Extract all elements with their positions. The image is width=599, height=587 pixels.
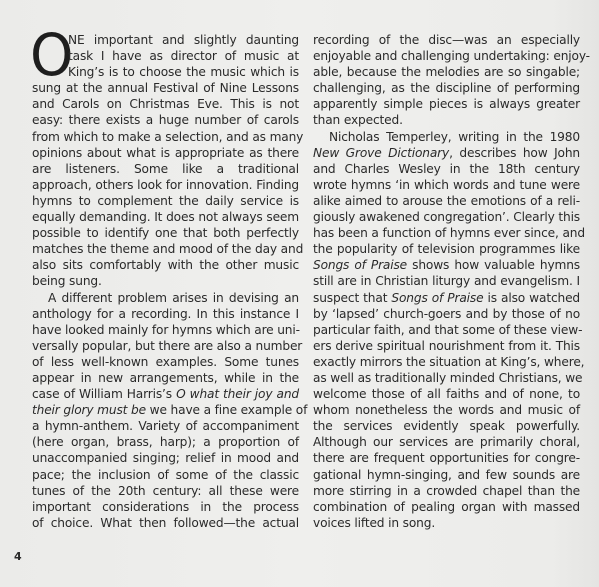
text-line: matches the theme and mood of the day an…	[32, 241, 299, 257]
text-line: welcome those of all faiths and of none,…	[313, 386, 580, 402]
hymn-title-italic: O what their joy and	[176, 387, 299, 401]
text-line: alike aimed to arouse the emotions of a …	[313, 193, 580, 209]
text-line: the popularity of television programmes …	[313, 241, 580, 257]
text-segment: is also watched	[483, 291, 580, 305]
text-line: Although our services are primarily chor…	[313, 434, 580, 450]
text-line: (here organ, brass, harp); a proportion …	[32, 434, 299, 450]
text-line: gational hymn-singing, and few sounds ar…	[313, 467, 580, 483]
text-segment: case of William Harris’s	[32, 387, 176, 401]
text-line: ers derive spiritual nourishment from it…	[313, 338, 580, 354]
text-segment: , describes how John	[449, 146, 580, 160]
text-line: voices lifted in song.	[313, 515, 580, 531]
text-line: exactly mirrors the situation at King’s,…	[313, 354, 580, 370]
text-line: unaccompanied singing; relief in mood an…	[32, 450, 299, 466]
text-line: pace; the inclusion of some of the class…	[32, 467, 299, 483]
text-line: versally popular, but there are also a n…	[32, 338, 299, 354]
text-line: apparently simple pieces is always great…	[313, 96, 580, 112]
text-line: whom nonetheless the words and music of	[313, 402, 580, 418]
text-line: as well as traditionally minded Christia…	[313, 370, 580, 386]
text-line: from which to make a selection, and as m…	[32, 129, 299, 145]
text-segment: suspect that	[313, 291, 391, 305]
text-line: and Carols on Christmas Eve. This is not	[32, 96, 299, 112]
text-line: Songs of Praise shows how valuable hymns	[313, 257, 580, 273]
text-segment: we have a fine example of	[146, 403, 307, 417]
page-number: 4	[14, 550, 22, 563]
text-line: recording of the disc—was an especially	[313, 32, 580, 48]
text-line: King’s is to choose the music which is	[32, 64, 299, 80]
text-line: important considerations in the process	[32, 499, 299, 515]
text-line: also sits comfortably with the other mus…	[32, 257, 299, 273]
text-line: are listeners. Some like a traditional	[32, 161, 299, 177]
text-line: approach, others look for innovation. Fi…	[32, 177, 299, 193]
text-line: hymns to complement the daily service is	[32, 193, 299, 209]
text-line: combination of pealing organ with massed	[313, 499, 580, 515]
text-line: the services evidently speak powerfully.	[313, 418, 580, 434]
text-line: have looked mainly for hymns which are u…	[32, 322, 299, 338]
text-line: NE important and slightly daunting	[32, 32, 299, 48]
text-line: particular faith, and that some of these…	[313, 322, 580, 338]
text-line: their glory must be we have a fine examp…	[32, 402, 299, 418]
programme-title-italic: Songs of Praise	[391, 291, 483, 305]
text-line: there are frequent opportunities for con…	[313, 450, 580, 466]
text-line: still are in Christian liturgy and evang…	[313, 273, 580, 289]
text-line: has been a function of hymns ever since,…	[313, 225, 580, 241]
text-line: anthology for a recording. In this insta…	[32, 306, 299, 322]
text-line: opinions about what is appropriate as th…	[32, 145, 299, 161]
text-line: suspect that Songs of Praise is also wat…	[313, 290, 580, 306]
text-line: sung at the annual Festival of Nine Less…	[32, 80, 299, 96]
paragraph-start-line: A different problem arises in devising a…	[32, 290, 299, 306]
text-segment: shows how valuable hymns	[407, 258, 580, 272]
text-line: of choice. What then followed—the actual	[32, 515, 299, 531]
text-line: able, because the melodies are so singab…	[313, 64, 580, 80]
publication-title-italic: New Grove Dictionary	[313, 146, 449, 160]
text-line: of less well-known examples. Some tunes	[32, 354, 299, 370]
text-line: task I have as director of music at	[32, 48, 299, 64]
text-line: more stirring in a crowded chapel than t…	[313, 483, 580, 499]
text-line: challenging, as the discipline of perfor…	[313, 80, 580, 96]
left-column: NE important and slightly daunting task …	[32, 32, 299, 531]
text-line: than expected.	[313, 112, 580, 128]
booklet-page: O NE important and slightly daunting tas…	[0, 0, 599, 587]
text-line: New Grove Dictionary, describes how John	[313, 145, 580, 161]
text-line: giously awakened congregation’. Clearly …	[313, 209, 580, 225]
programme-title-italic: Songs of Praise	[313, 258, 407, 272]
text-line: a hymn-anthem. Variety of accompaniment	[32, 418, 299, 434]
text-line: case of William Harris’s O what their jo…	[32, 386, 299, 402]
text-line: enjoyable and challenging undertaking: e…	[313, 48, 580, 64]
text-line: tunes of the 20th century: all these wer…	[32, 483, 299, 499]
paragraph-start-line: Nicholas Temperley, writing in the 1980	[313, 129, 580, 145]
text-line: possible to identify one that both perfe…	[32, 225, 299, 241]
right-column: recording of the disc—was an especially …	[313, 32, 580, 531]
hymn-title-italic: their glory must be	[32, 403, 146, 417]
text-line: wrote hymns ‘in which words and tune wer…	[313, 177, 580, 193]
text-line: equally demanding. It does not always se…	[32, 209, 299, 225]
text-line: and Charles Wesley in the 18th century	[313, 161, 580, 177]
text-line: easy: there exists a huge number of caro…	[32, 112, 299, 128]
text-line: being sung.	[32, 273, 299, 289]
text-line: by ‘lapsed’ church-goers and by those of…	[313, 306, 580, 322]
text-line: appear in new arrangements, while in the	[32, 370, 299, 386]
